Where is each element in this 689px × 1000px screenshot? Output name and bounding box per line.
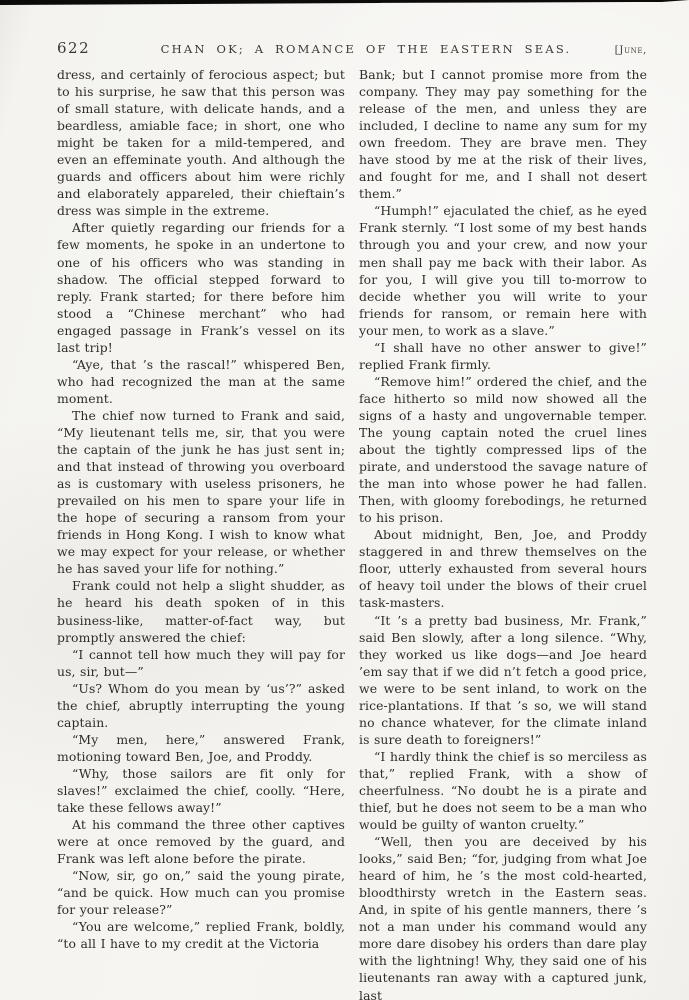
paragraph: About midnight, Ben, Joe, and Proddy sta… xyxy=(359,526,647,611)
paragraph: Frank could not help a slight shudder, a… xyxy=(57,577,345,645)
paragraph: “You are welcome,” replied Frank, boldly… xyxy=(57,918,345,952)
text-columns: dress, and certainly of ferocious aspect… xyxy=(57,66,647,1000)
paragraph: “It ’s a pretty bad business, Mr. Frank,… xyxy=(359,612,647,748)
paragraph: “Remove him!” ordered the chief, and the… xyxy=(359,373,647,526)
paragraph: “I cannot tell how much they will pay fo… xyxy=(57,646,345,680)
page-header: 622 CHAN OK; A ROMANCE OF THE EASTERN SE… xyxy=(57,39,647,57)
paragraph: Bank; but I cannot promise more from the… xyxy=(359,66,647,202)
page-number: 622 xyxy=(57,39,127,57)
left-column: dress, and certainly of ferocious aspect… xyxy=(57,66,345,1000)
running-title: CHAN OK; A ROMANCE OF THE EASTERN SEAS. xyxy=(127,42,605,56)
scanned-book-page: 622 CHAN OK; A ROMANCE OF THE EASTERN SE… xyxy=(0,0,689,1000)
paragraph: “I hardly think the chief is so merciles… xyxy=(359,748,647,833)
paragraph: The chief now turned to Frank and said, … xyxy=(57,407,345,577)
right-column: Bank; but I cannot promise more from the… xyxy=(359,66,647,1000)
paragraph: “Humph!” ejaculated the chief, as he eye… xyxy=(359,202,647,338)
paragraph: “Well, then you are deceived by his look… xyxy=(359,833,647,1000)
paragraph: “Now, sir, go on,” said the young pirate… xyxy=(57,867,345,918)
paragraph: At his command the three other captives … xyxy=(57,816,345,867)
issue-date: [June, xyxy=(605,44,647,56)
paragraph: “Aye, that ’s the rascal!” whispered Ben… xyxy=(57,356,345,407)
paragraph: “My men, here,” answered Frank, motionin… xyxy=(57,731,345,765)
paragraph: After quietly regarding our friends for … xyxy=(57,219,345,355)
scan-edge-artifact xyxy=(0,0,689,7)
paragraph: “I shall have no other answer to give!” … xyxy=(359,339,647,373)
paragraph: “Why, those sailors are fit only for sla… xyxy=(57,765,345,816)
paragraph: dress, and certainly of ferocious aspect… xyxy=(57,66,345,219)
paragraph: “Us? Whom do you mean by ‘us’?” asked th… xyxy=(57,680,345,731)
